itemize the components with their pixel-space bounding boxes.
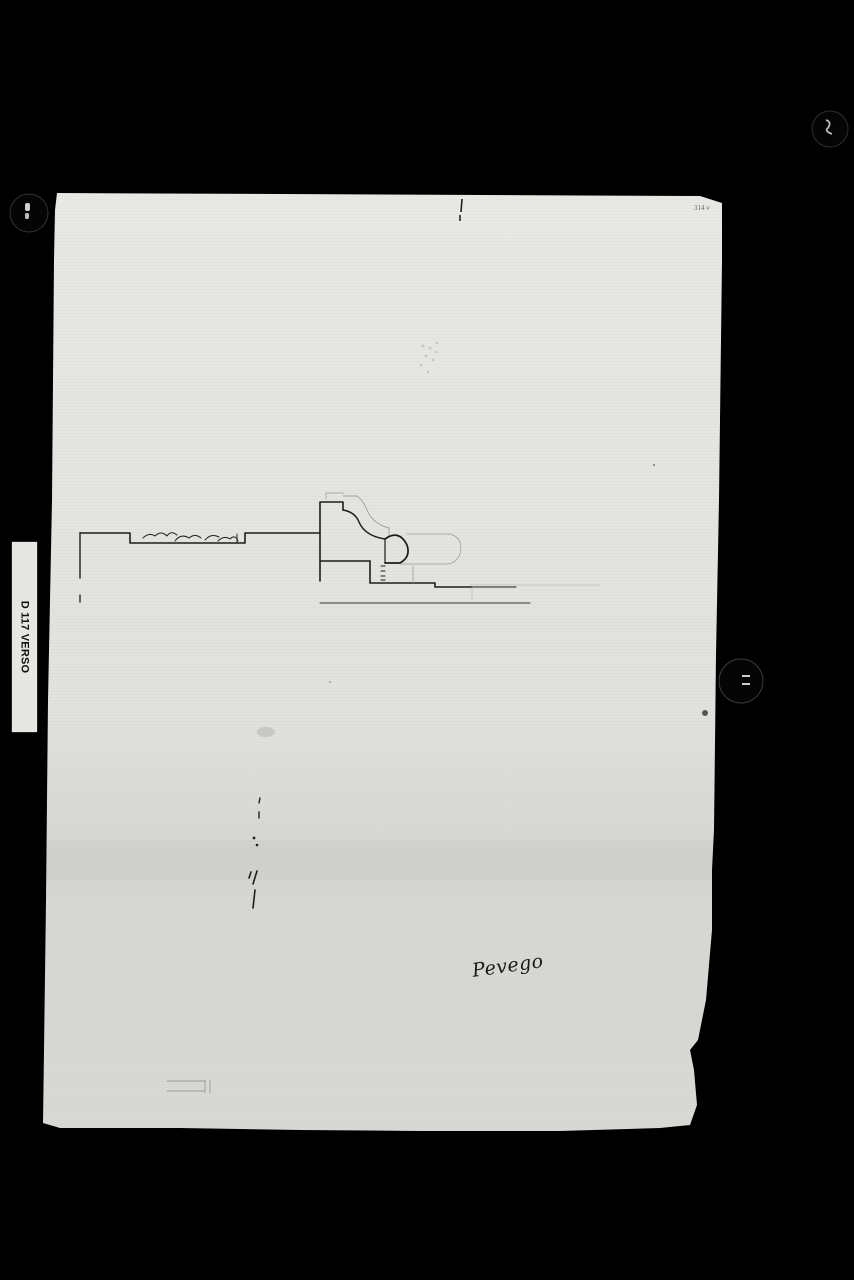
tack-top-left: [10, 194, 48, 232]
tack-top-right: [812, 111, 848, 147]
pencil-folio-number: 314 v: [694, 204, 710, 212]
catalog-label: D 117 VERSO: [12, 542, 37, 732]
scan-scene: D 117 VERSO 314 v Pevego: [0, 0, 854, 1280]
paper-sheet: [0, 0, 854, 1280]
stain-dot: [702, 710, 708, 716]
catalog-label-text: D 117 VERSO: [19, 601, 31, 674]
tack-right-middle: [719, 659, 763, 703]
